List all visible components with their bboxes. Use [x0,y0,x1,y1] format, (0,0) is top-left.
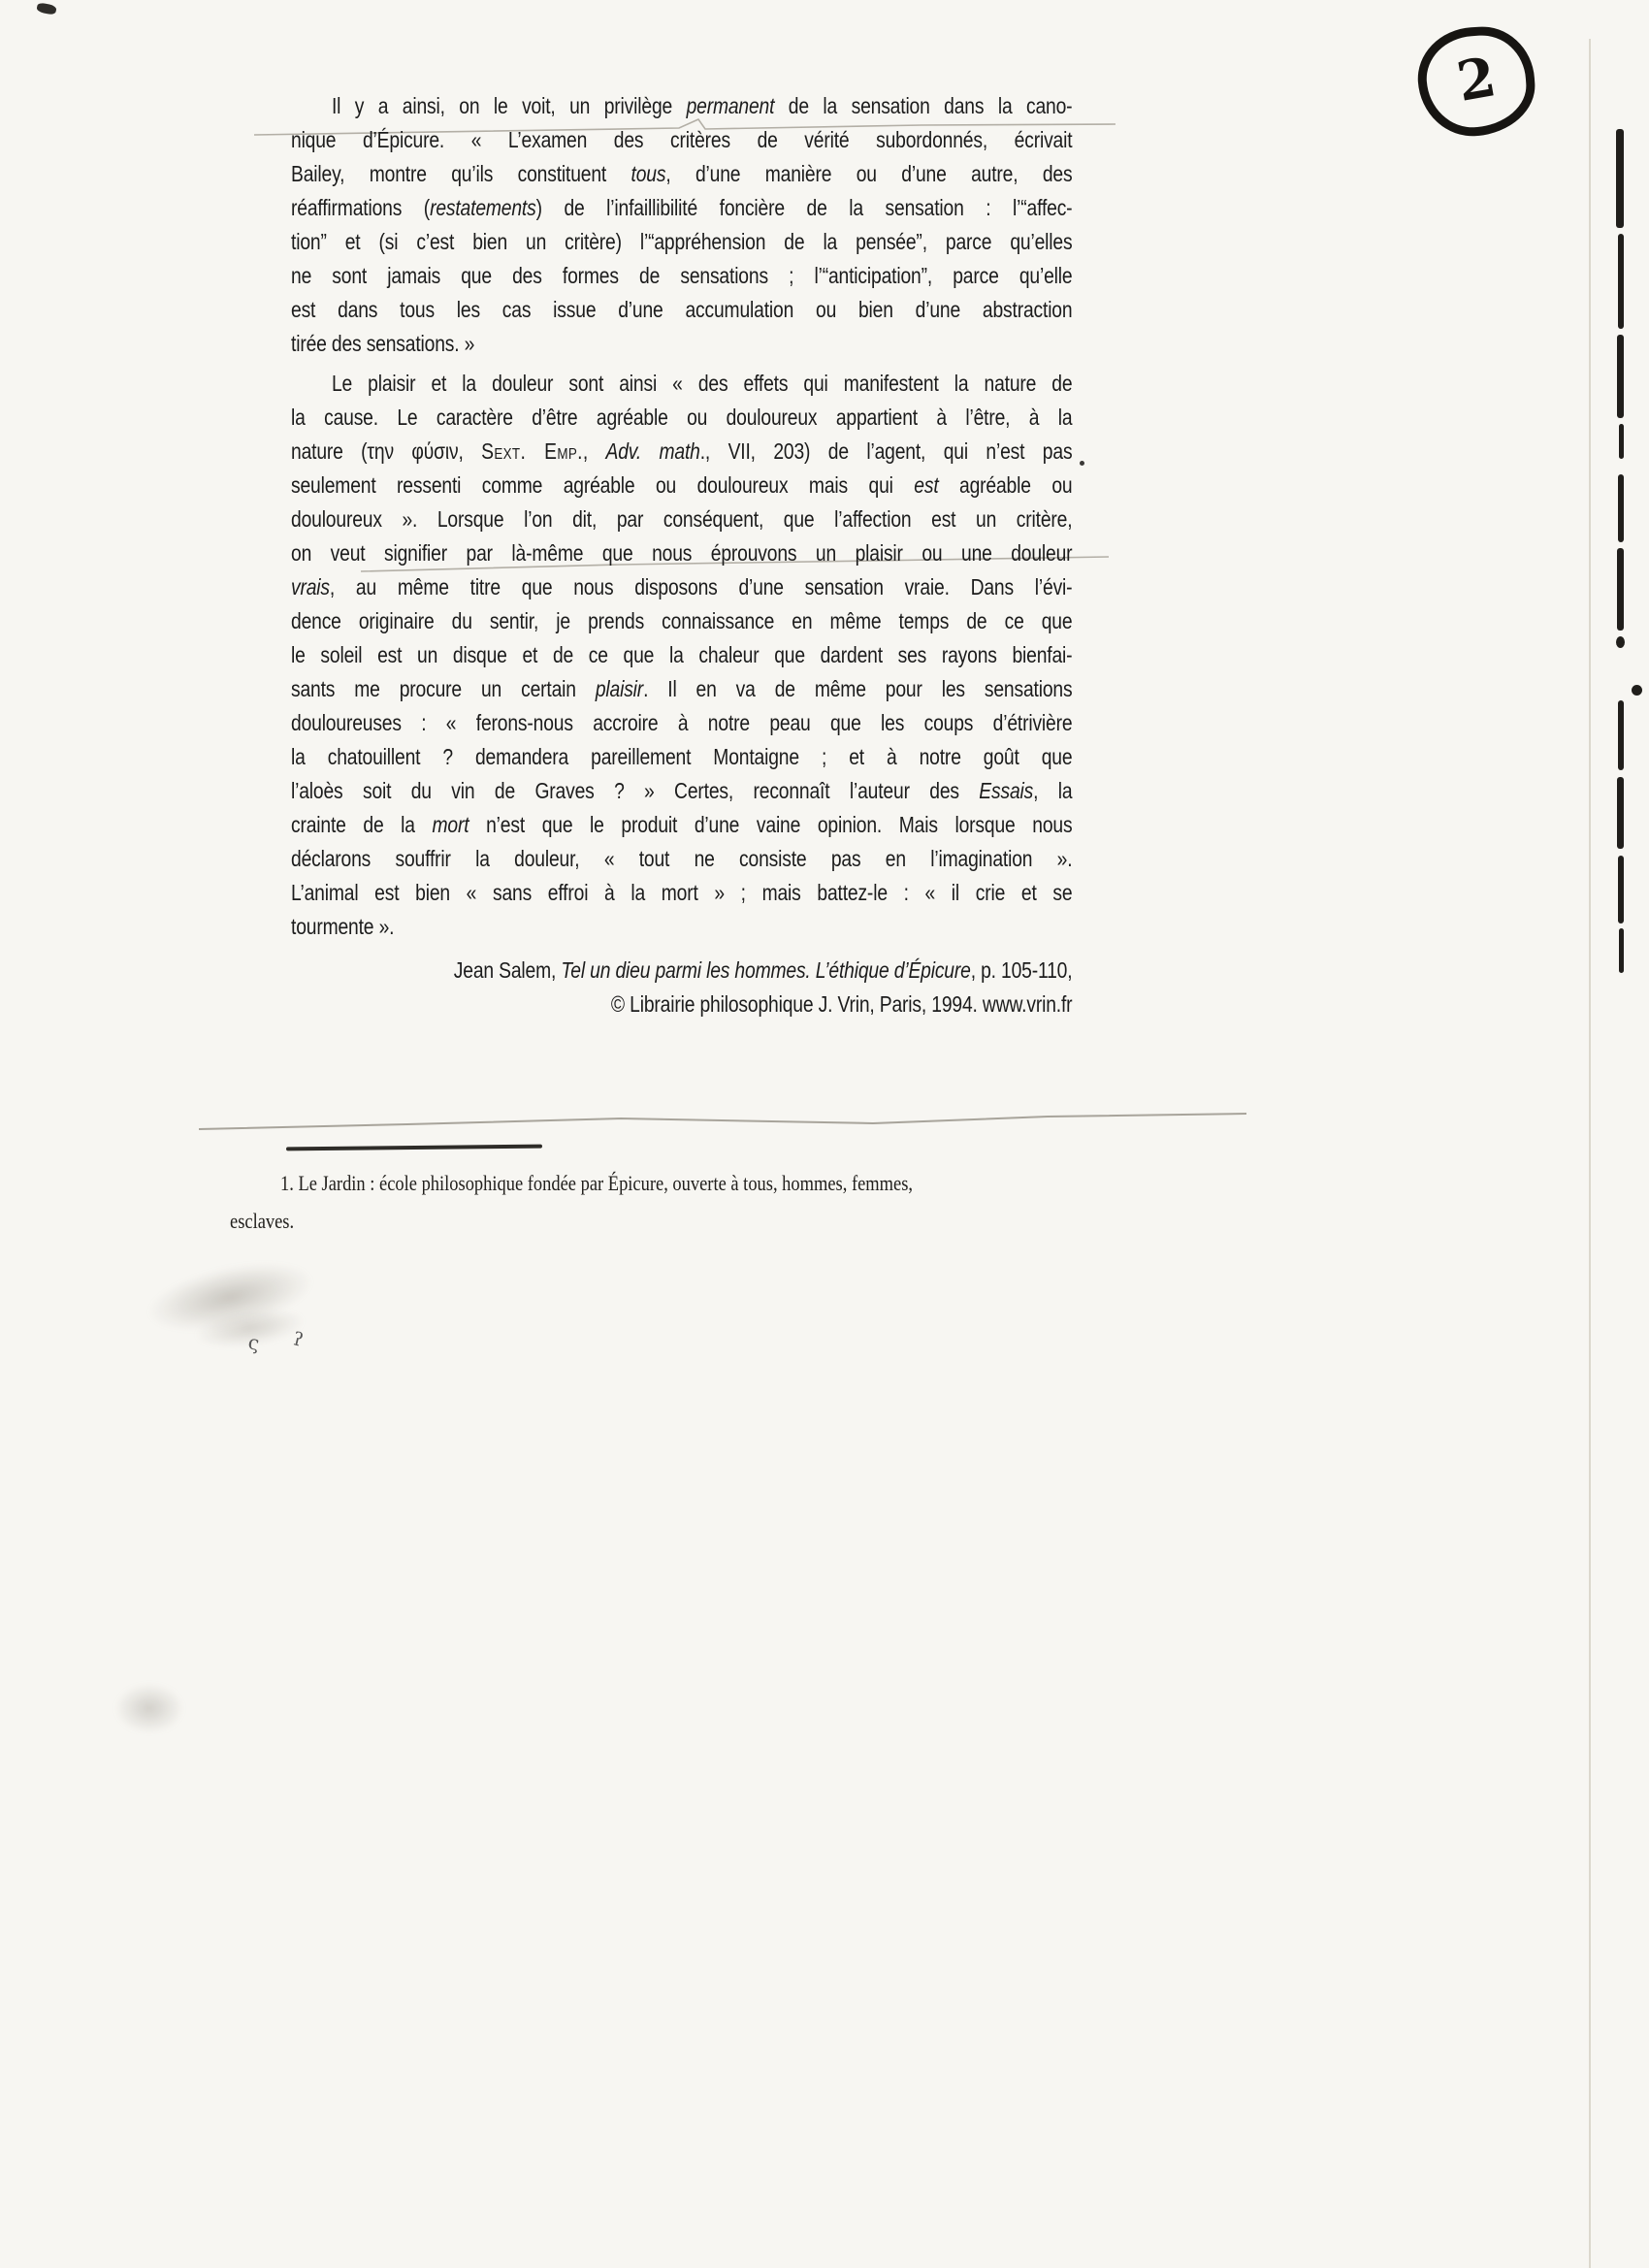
text-line: 55tirée des sensations. » [291,327,1072,361]
text-line: est dans tous les cas issue d’une accumu… [291,293,1072,327]
text-line: ne sont jamais que des formes de sensati… [291,259,1072,293]
page-number: 2 [1452,45,1501,114]
scan-mark: ʔ [290,1328,305,1351]
scan-artifact [1616,129,1624,228]
text-line: tion” et (si c’est bien un critère) l’“a… [291,225,1072,259]
text-line: 1. Le Jardin : école philosophique fondé… [230,1164,1027,1202]
text-line: 50Bailey, montre qu’ils constituent tous… [291,157,1072,191]
scanned-document-page: { "page_number": "2", "colors": { "ink":… [0,0,1649,2268]
text-line: l’aloès soit du vin de Graves ? » Certes… [291,774,1072,808]
main-text-block: Il y a ainsi, on le voit, un privilège p… [291,89,1072,1021]
text-line: on veut signifier par là-même que nous é… [291,536,1072,570]
text-line: crainte de la mort n’est que le produit … [291,808,1072,842]
scan-artifact [1080,461,1084,466]
text-line: Il y a ainsi, on le voit, un privilège p… [291,89,1072,123]
paragraph: Il y a ainsi, on le voit, un privilège p… [291,89,1072,361]
footnote-separator [286,1145,542,1151]
paragraph: Le plaisir et la douleur sont ainsi « de… [291,367,1072,944]
scan-artifact [1618,474,1624,542]
scan-artifact [1618,700,1624,770]
text-line: le soleil est un disque et de ce que la … [291,638,1072,672]
scan-artifact [1632,685,1642,696]
text-line: dence originaire du sentir, je prends co… [291,604,1072,638]
citation-block: Jean Salem, Tel un dieu parmi les hommes… [291,954,1072,1021]
scan-artifact [1617,777,1624,849]
scan-artifact [1617,548,1624,631]
text-line: 65sants me procure un certain plaisir. I… [291,672,1072,706]
page-number-badge: 2 [1414,23,1538,140]
text-line: tourmente ». [291,910,1072,944]
text-line: 60douloureux ». Lorsque l’on dit, par co… [291,502,1072,536]
text-line: 70déclarons souffrir la douleur, « tout … [291,842,1072,876]
scan-artifact [1616,636,1625,648]
text-line: réaffirmations (restatements) de l’infai… [291,191,1072,225]
text-line: nature (την φύσιν, Sext. Emp., Adv. math… [291,435,1072,469]
text-line: nique d’Épicure. « L’examen des critères… [291,123,1072,157]
scan-artifact [1619,424,1624,459]
page-edge-line [1589,39,1591,2268]
text-line: Jean Salem, Tel un dieu parmi les hommes… [291,954,1072,988]
text-line: vrais, au même titre que nous disposons … [291,570,1072,604]
scan-artifact [36,2,57,16]
scan-artifact [1618,856,1624,923]
text-line: © Librairie philosophique J. Vrin, Paris… [291,988,1072,1021]
scan-mark: ς [246,1330,260,1354]
text-line: seulement ressenti comme agréable ou dou… [291,469,1072,502]
scan-smudge [114,1683,184,1733]
scan-artifact [1619,928,1624,973]
text-line: esclaves. [230,1202,1027,1240]
scan-smudge [141,1249,319,1344]
text-line: la cause. Le caractère d’être agréable o… [291,401,1072,435]
scan-artifact [1617,335,1624,418]
text-line: douloureuses : « ferons-nous accroire à … [291,706,1072,740]
text-line: Le plaisir et la douleur sont ainsi « de… [291,367,1072,401]
scan-artifact [1618,234,1624,329]
text-line: la chatouillent ? demandera pareillement… [291,740,1072,774]
text-line: L’animal est bien « sans effroi à la mor… [291,876,1072,910]
footnote-block: 1. Le Jardin : école philosophique fondé… [230,1164,1027,1240]
